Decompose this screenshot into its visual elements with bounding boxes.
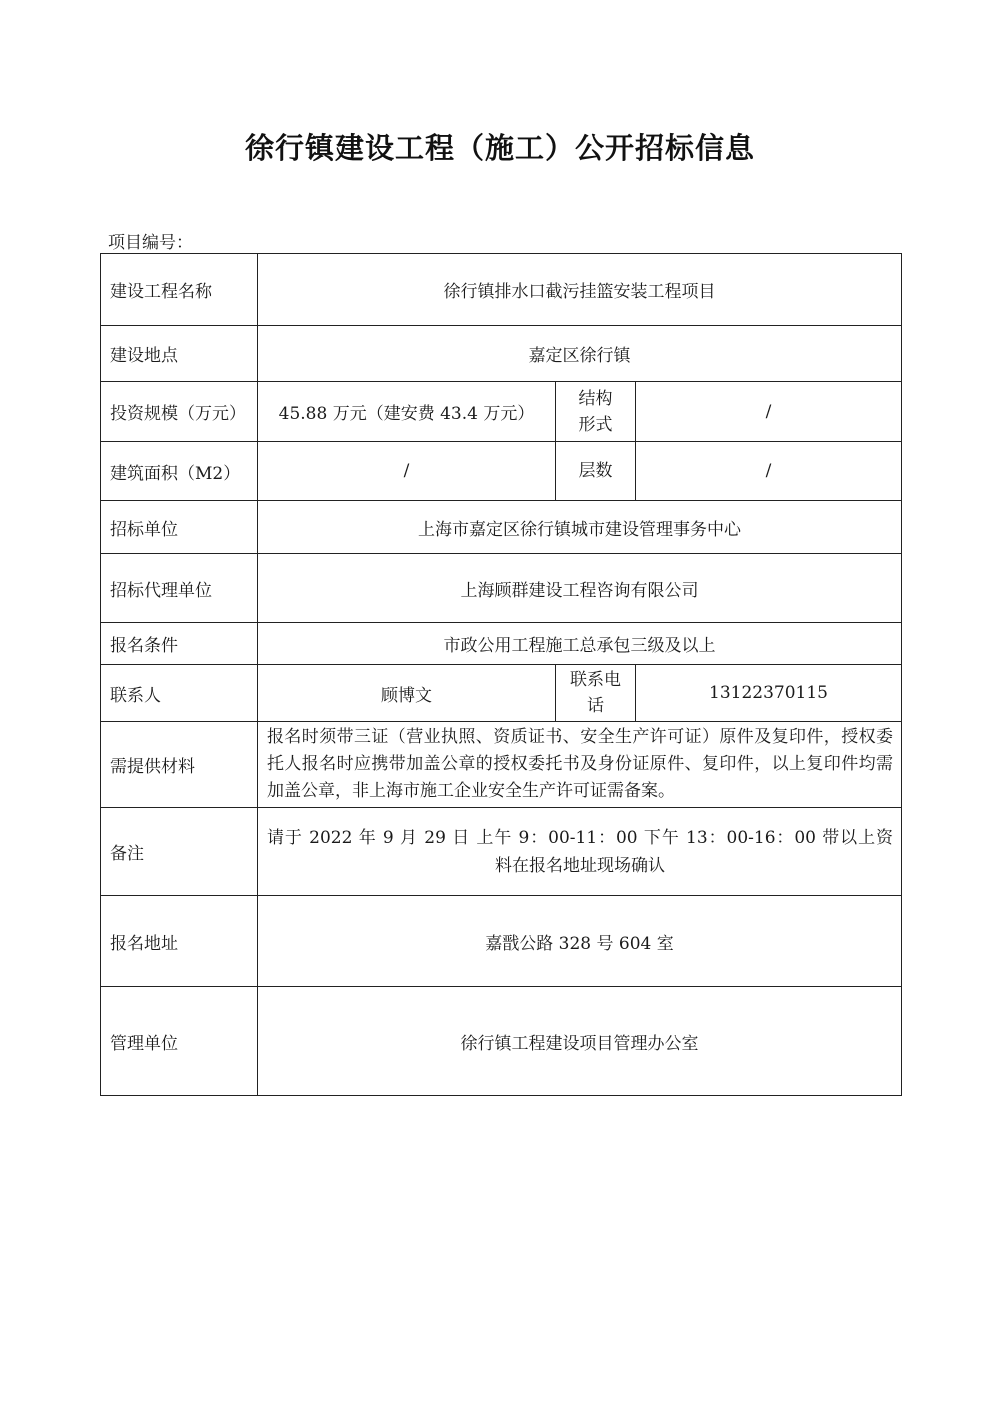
qualification-value: 市政公用工程施工总承包三级及以上 — [258, 623, 902, 665]
phone-value: 13122370115 — [636, 665, 902, 722]
remarks-value: 请于 2022 年 9 月 29 日 上午 9：00-11：00 下午 13：0… — [258, 808, 902, 896]
remarks-line-2: 料在报名地址现场确认 — [495, 856, 665, 876]
row-label: 投资规模（万元） — [101, 382, 258, 442]
table-row: 招标代理单位 上海顾群建设工程咨询有限公司 — [101, 554, 902, 623]
row-label: 联系人 — [101, 665, 258, 722]
agency-value: 上海顾群建设工程咨询有限公司 — [258, 554, 902, 623]
tender-info-table: 建设工程名称 徐行镇排水口截污挂篮安装工程项目 建设地点 嘉定区徐行镇 投资规模… — [100, 253, 902, 1096]
floors-label: 层数 — [556, 442, 636, 501]
project-name-value: 徐行镇排水口截污挂篮安装工程项目 — [258, 254, 902, 326]
phone-label: 联系电话 — [556, 665, 636, 722]
table-row: 建筑面积（M2） / 层数 / — [101, 442, 902, 501]
materials-value: 报名时须带三证（营业执照、资质证书、安全生产许可证）原件及复印件，授权委托人报名… — [258, 722, 902, 808]
investment-value: 45.88 万元（建安费 43.4 万元） — [258, 382, 556, 442]
table-row: 建设地点 嘉定区徐行镇 — [101, 326, 902, 382]
row-label: 报名条件 — [101, 623, 258, 665]
project-number-label: 项目编号： — [108, 228, 193, 253]
table-row: 建设工程名称 徐行镇排水口截污挂篮安装工程项目 — [101, 254, 902, 326]
remarks-line-1: 请于 2022 年 9 月 29 日 上午 9：00-11：00 下午 13：0… — [267, 824, 893, 852]
floors-value: / — [636, 442, 902, 501]
registration-address-value: 嘉戬公路 328 号 604 室 — [258, 896, 902, 987]
row-label: 备注 — [101, 808, 258, 896]
table-row: 招标单位 上海市嘉定区徐行镇城市建设管理事务中心 — [101, 501, 902, 554]
structure-value: / — [636, 382, 902, 442]
row-label: 报名地址 — [101, 896, 258, 987]
tenderer-value: 上海市嘉定区徐行镇城市建设管理事务中心 — [258, 501, 902, 554]
phone-label-text: 联系电话 — [566, 667, 626, 719]
table-row: 管理单位 徐行镇工程建设项目管理办公室 — [101, 987, 902, 1096]
row-label: 建设工程名称 — [101, 254, 258, 326]
structure-label: 结构形式 — [556, 382, 636, 442]
row-label: 招标单位 — [101, 501, 258, 554]
table-row: 投资规模（万元） 45.88 万元（建安费 43.4 万元） 结构形式 / — [101, 382, 902, 442]
table-row: 备注 请于 2022 年 9 月 29 日 上午 9：00-11：00 下午 1… — [101, 808, 902, 896]
table-row: 报名地址 嘉戬公路 328 号 604 室 — [101, 896, 902, 987]
management-unit-value: 徐行镇工程建设项目管理办公室 — [258, 987, 902, 1096]
row-label: 建设地点 — [101, 326, 258, 382]
table-row: 需提供材料 报名时须带三证（营业执照、资质证书、安全生产许可证）原件及复印件，授… — [101, 722, 902, 808]
row-label: 管理单位 — [101, 987, 258, 1096]
row-label: 需提供材料 — [101, 722, 258, 808]
table-row: 报名条件 市政公用工程施工总承包三级及以上 — [101, 623, 902, 665]
row-label: 建筑面积（M2） — [101, 442, 258, 501]
contact-person-value: 顾博文 — [258, 665, 556, 722]
table-row: 联系人 顾博文 联系电话 13122370115 — [101, 665, 902, 722]
location-value: 嘉定区徐行镇 — [258, 326, 902, 382]
floor-area-value: / — [258, 442, 556, 501]
page-title: 徐行镇建设工程（施工）公开招标信息 — [0, 126, 1000, 167]
row-label: 招标代理单位 — [101, 554, 258, 623]
structure-label-text: 结构形式 — [576, 386, 616, 438]
